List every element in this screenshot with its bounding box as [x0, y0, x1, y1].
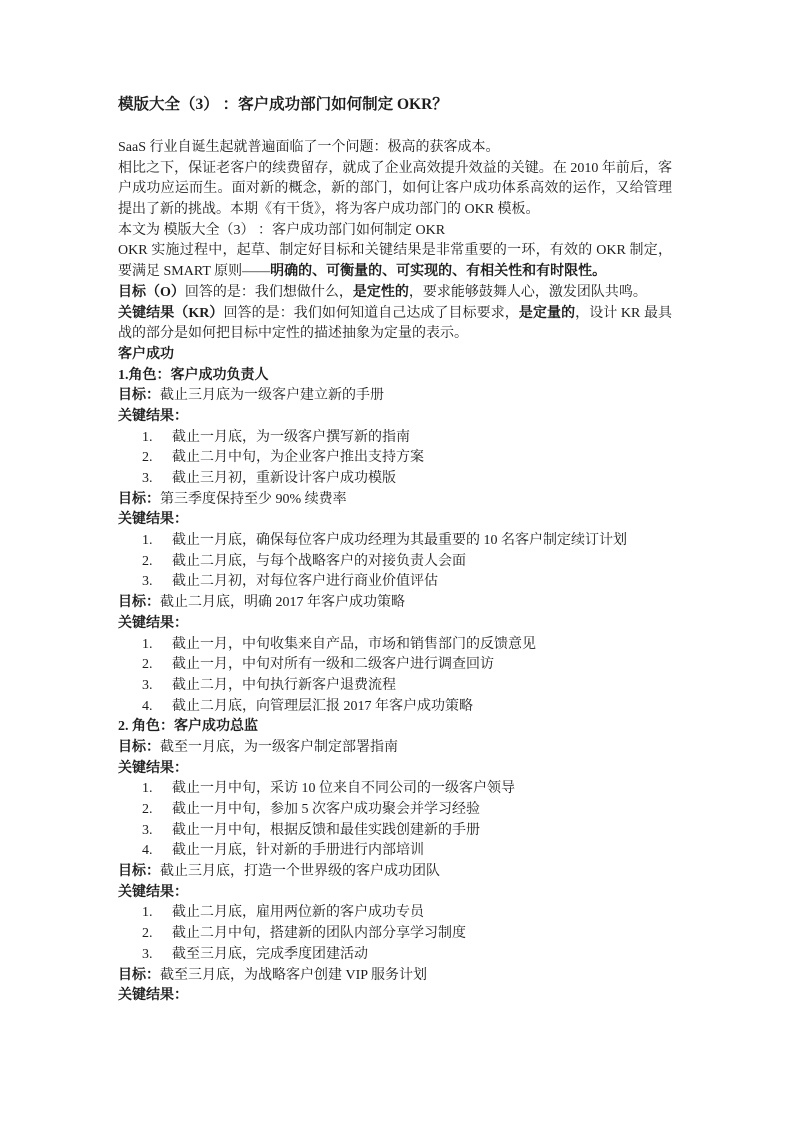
bold-text-run: 客户成功	[118, 347, 174, 362]
paragraph-line: 关键结果（KR）回答的是：我们如何知道自己达成了目标要求，是定量的，设计 KR …	[118, 304, 672, 325]
objective-line: 目标：截止三月底为一级客户建立新的手册	[118, 386, 672, 407]
list-number: 1.	[142, 779, 172, 800]
list-number: 1.	[142, 635, 172, 656]
key-result-item: 1.截止一月底，为一级客户撰写新的指南	[118, 428, 672, 449]
key-result-item: 2.截止一月中旬，参加 5 次客户成功聚会并学习经验	[118, 800, 672, 821]
paragraph-line: 目标（O）回答的是：我们想做什么，是定性的，要求能够鼓舞人心，激发团队共鸣。	[118, 283, 672, 304]
paragraph-line: SaaS 行业自诞生起就普遍面临了一个问题：极高的获客成本。	[118, 138, 672, 159]
list-number: 2.	[142, 448, 172, 469]
key-result-item: 4.截止二月底，向管理层汇报 2017 年客户成功策略	[118, 697, 672, 718]
key-result-item: 2.截止二月中旬，为企业客户推出支持方案	[118, 448, 672, 469]
list-number: 1.	[142, 428, 172, 449]
bold-text-run: 目标：	[118, 740, 160, 755]
list-number: 3.	[142, 945, 172, 966]
bold-text-run: 目标：	[118, 388, 160, 403]
text-run: 截至一月底，为一级客户制定部署指南	[160, 740, 398, 755]
key-result-item: 4.截止一月底，针对新的手册进行内部培训	[118, 841, 672, 862]
document-body: SaaS 行业自诞生起就普遍面临了一个问题：极高的获客成本。相比之下，保证老客户…	[118, 138, 672, 1007]
paragraph-line: 提出了新的挑战。本期《有干货》，将为客户成功部门的 OKR 模板。	[118, 200, 672, 221]
bold-text-run: 明确的、可衡量的、可实现的、有相关性和有时限性。	[270, 264, 606, 279]
bold-text-run: 关键结果：	[118, 409, 188, 424]
objective-line: 目标：截至一月底，为一级客户制定部署指南	[118, 738, 672, 759]
bold-text-run: 关键结果：	[118, 512, 188, 527]
blank-line	[118, 117, 672, 138]
key-results-label: 关键结果：	[118, 883, 672, 904]
document-title: 模版大全（3） ：客户成功部门如何制定 OKR？	[118, 93, 672, 117]
list-number: 1.	[142, 903, 172, 924]
list-number: 3.	[142, 676, 172, 697]
key-result-item: 2.截止二月底，与每个战略客户的对接负责人会面	[118, 552, 672, 573]
objective-line: 目标：截止二月底，明确 2017 年客户成功策略	[118, 593, 672, 614]
list-number: 4.	[142, 697, 172, 718]
text-run: 截止一月，中旬收集来自产品，市场和销售部门的反馈意见	[172, 637, 536, 652]
list-number: 2.	[142, 655, 172, 676]
text-run: 户成功应运而生。面对新的概念，新的部门，如何让客户成功体系高效的运作，又给管理者	[118, 181, 672, 200]
paragraph-line: 战的部分是如何把目标中定性的描述抽象为定量的表示。	[118, 324, 672, 345]
list-number: 3.	[142, 572, 172, 593]
text-run: 截止二月底，明确 2017 年客户成功策略	[160, 595, 405, 610]
key-result-item: 1.截止一月中旬，采访 10 位来自不同公司的一级客户领导	[118, 779, 672, 800]
role-heading: 2. 角色：客户成功总监	[118, 717, 672, 738]
bold-text-run: 目标：	[118, 968, 160, 983]
text-run: 截止二月底，与每个战略客户的对接负责人会面	[172, 554, 466, 569]
key-result-item: 1.截止二月底，雇用两位新的客户成功专员	[118, 903, 672, 924]
objective-line: 目标：截止三月底，打造一个世界级的客户成功团队	[118, 862, 672, 883]
paragraph-line: 要满足 SMART 原则——明确的、可衡量的、可实现的、有相关性和有时限性。	[118, 262, 672, 283]
list-number: 3.	[142, 821, 172, 842]
text-run: 战的部分是如何把目标中定性的描述抽象为定量的表示。	[118, 326, 468, 341]
text-run: 截止一月中旬，参加 5 次客户成功聚会并学习经验	[172, 802, 480, 817]
text-run: 截止二月，中旬执行新客户退费流程	[172, 678, 396, 693]
key-result-item: 2.截止一月，中旬对所有一级和二级客户进行调查回访	[118, 655, 672, 676]
bold-text-run: 目标（O）	[118, 285, 185, 300]
key-results-label: 关键结果：	[118, 614, 672, 635]
text-run: ，要求能够鼓舞人心，激发团队共鸣。	[409, 285, 647, 300]
objective-line: 目标：截至三月底，为战略客户创建 VIP 服务计划	[118, 966, 672, 987]
text-run: 提出了新的挑战。本期《有干货》，将为客户成功部门的 OKR 模板。	[118, 202, 540, 217]
bold-text-run: 关键结果：	[118, 988, 188, 1003]
bold-text-run: 关键结果（KR）	[118, 306, 223, 321]
bold-text-run: 是定量的	[519, 306, 575, 321]
bold-text-run: 1.角色：客户成功负责人	[118, 368, 269, 383]
text-run: 截止一月，中旬对所有一级和二级客户进行调查回访	[172, 657, 494, 672]
role-heading: 1.角色：客户成功负责人	[118, 366, 672, 387]
text-run: 截止三月初，重新设计客户成功模版	[172, 471, 396, 486]
text-run: 截止二月底，雇用两位新的客户成功专员	[172, 905, 424, 920]
text-run: 截止二月中旬，为企业客户推出支持方案	[172, 450, 424, 465]
key-result-item: 3.截止二月，中旬执行新客户退费流程	[118, 676, 672, 697]
text-run: 截止三月底为一级客户建立新的手册	[160, 388, 384, 403]
paragraph-line: 相比之下，保证老客户的续费留存，就成了企业高效提升效益的关键。在 2010 年前…	[118, 159, 672, 180]
text-run: OKR 实施过程中，起草、制定好目标和关键结果是非常重要的一环，有效的 OKR …	[118, 243, 672, 262]
text-run: 第三季度保持至少 90% 续费率	[160, 492, 347, 507]
text-run: 回答的是：我们想做什么，	[185, 285, 353, 300]
section-heading: 客户成功	[118, 345, 672, 366]
list-number: 3.	[142, 469, 172, 490]
bold-text-run: 关键结果：	[118, 616, 188, 631]
key-result-item: 1.截止一月底，确保每位客户成功经理为其最重要的 10 名客户制定续订计划	[118, 531, 672, 552]
text-run: 截止一月底，确保每位客户成功经理为其最重要的 10 名客户制定续订计划	[172, 533, 627, 548]
text-run: 本文为 模版大全（3） ：客户成功部门如何制定 OKR	[118, 223, 445, 238]
bold-text-run: 关键结果：	[118, 885, 188, 900]
key-results-label: 关键结果：	[118, 986, 672, 1007]
text-run: 截止三月底，打造一个世界级的客户成功团队	[160, 864, 440, 879]
bold-text-run: 是定性的	[353, 285, 409, 300]
text-run: 截至三月底，完成季度团建活动	[172, 947, 368, 962]
paragraph-line: 本文为 模版大全（3） ：客户成功部门如何制定 OKR	[118, 221, 672, 242]
document-page: 模版大全（3） ：客户成功部门如何制定 OKR？ SaaS 行业自诞生起就普遍面…	[118, 93, 672, 1007]
text-run: 截止一月中旬，根据反馈和最佳实践创建新的手册	[172, 823, 480, 838]
list-number: 2.	[142, 552, 172, 573]
text-run: 截止二月底，向管理层汇报 2017 年客户成功策略	[172, 699, 473, 714]
key-result-item: 2.截止二月中旬，搭建新的团队内部分享学习制度	[118, 924, 672, 945]
bold-text-run: 2. 角色：客户成功总监	[118, 719, 258, 734]
list-number: 2.	[142, 800, 172, 821]
text-run: 截止一月底，为一级客户撰写新的指南	[172, 430, 410, 445]
key-result-item: 3.截止三月初，重新设计客户成功模版	[118, 469, 672, 490]
text-run: 截止二月初，对每位客户进行商业价值评估	[172, 574, 438, 589]
paragraph-line: OKR 实施过程中，起草、制定好目标和关键结果是非常重要的一环，有效的 OKR …	[118, 241, 672, 262]
text-run: 截止二月中旬，搭建新的团队内部分享学习制度	[172, 926, 466, 941]
bold-text-run: 目标：	[118, 864, 160, 879]
key-result-item: 3.截止一月中旬，根据反馈和最佳实践创建新的手册	[118, 821, 672, 842]
objective-line: 目标：第三季度保持至少 90% 续费率	[118, 490, 672, 511]
text-run: SaaS 行业自诞生起就普遍面临了一个问题：极高的获客成本。	[118, 140, 500, 155]
bold-text-run: 目标：	[118, 595, 160, 610]
paragraph-line: 户成功应运而生。面对新的概念，新的部门，如何让客户成功体系高效的运作，又给管理者	[118, 179, 672, 200]
key-results-label: 关键结果：	[118, 407, 672, 428]
text-run: 相比之下，保证老客户的续费留存，就成了企业高效提升效益的关键。在 2010 年前…	[118, 161, 672, 176]
text-run: 截止一月底，针对新的手册进行内部培训	[172, 843, 424, 858]
key-results-label: 关键结果：	[118, 759, 672, 780]
list-number: 2.	[142, 924, 172, 945]
list-number: 4.	[142, 841, 172, 862]
key-result-item: 3.截至三月底，完成季度团建活动	[118, 945, 672, 966]
key-result-item: 1.截止一月，中旬收集来自产品，市场和销售部门的反馈意见	[118, 635, 672, 656]
bold-text-run: 目标：	[118, 492, 160, 507]
key-result-item: 3.截止二月初，对每位客户进行商业价值评估	[118, 572, 672, 593]
text-run: 截至三月底，为战略客户创建 VIP 服务计划	[160, 968, 427, 983]
text-run: 截止一月中旬，采访 10 位来自不同公司的一级客户领导	[172, 781, 515, 796]
text-run: 回答的是：我们如何知道自己达成了目标要求，	[223, 306, 518, 321]
list-number: 1.	[142, 531, 172, 552]
key-results-label: 关键结果：	[118, 510, 672, 531]
text-run: 要满足 SMART 原则——	[118, 264, 270, 279]
bold-text-run: 关键结果：	[118, 761, 188, 776]
